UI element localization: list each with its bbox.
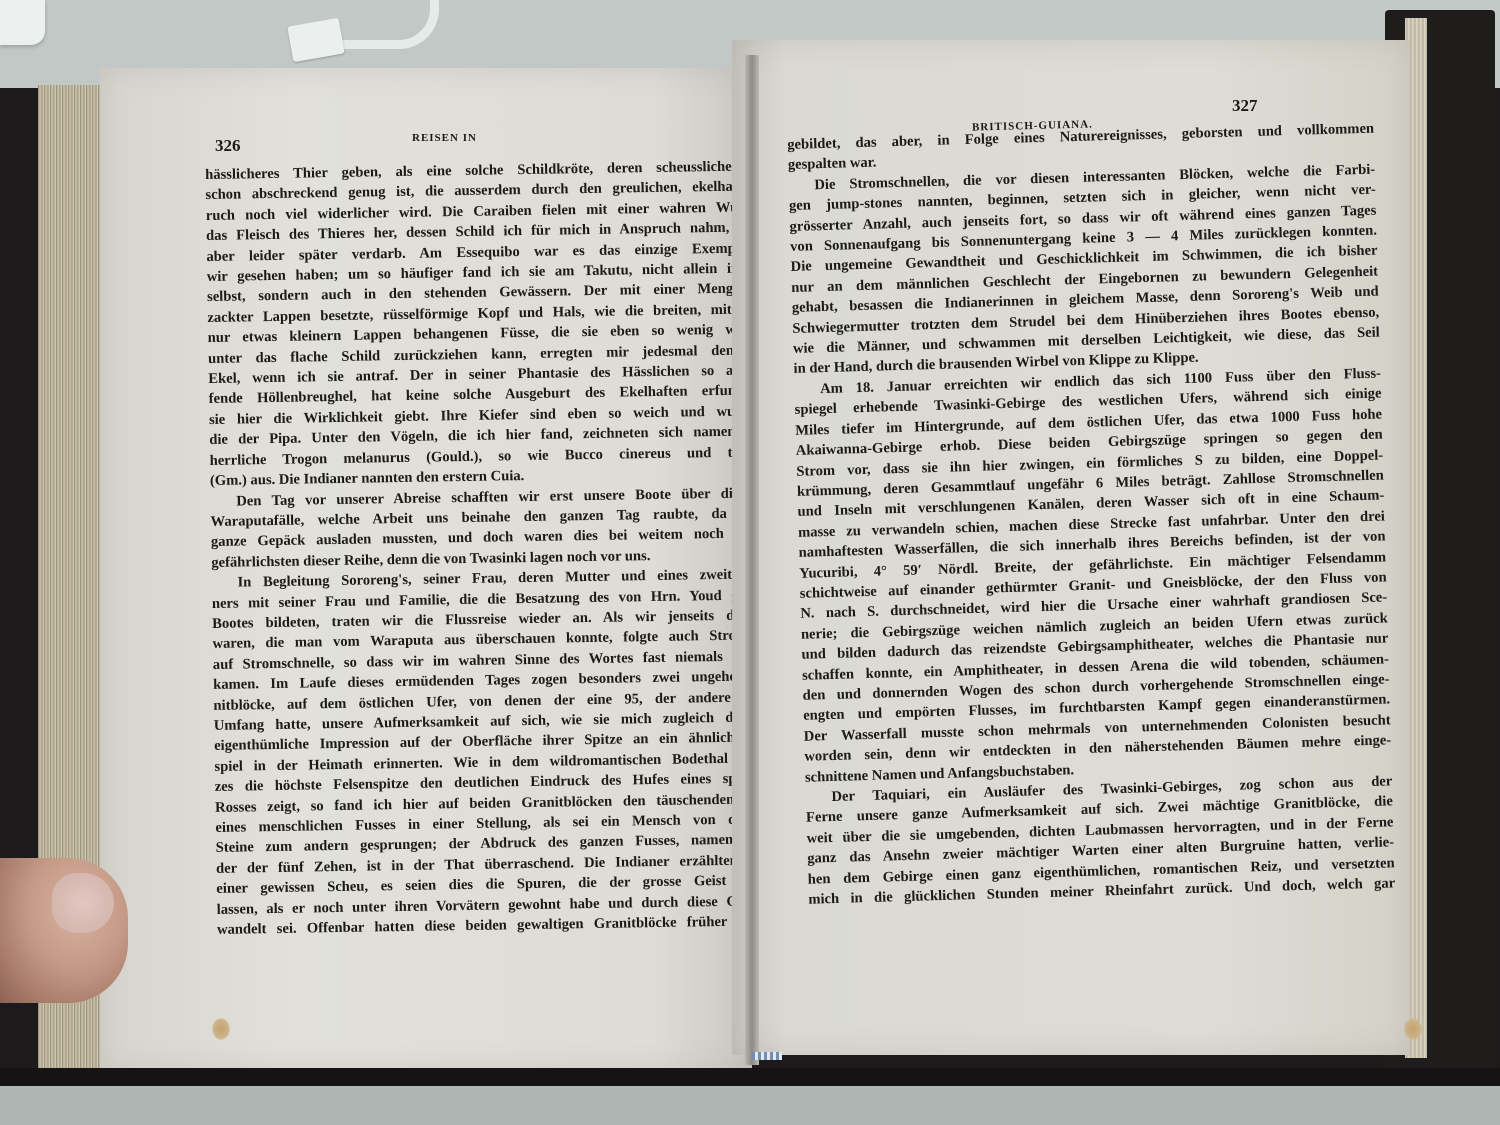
book-bottom-board bbox=[0, 1068, 1500, 1086]
power-adapter bbox=[0, 0, 45, 45]
body-text: gebildet, das aber, in Folge eines Natur… bbox=[787, 119, 1395, 911]
headband bbox=[752, 1052, 782, 1060]
book-gutter bbox=[745, 55, 759, 1065]
body-text: hässlicheres Thier geben, als eine solch… bbox=[205, 156, 802, 941]
thumbnail bbox=[52, 873, 114, 933]
right-page: 327 BRITISCH-GUIANA. gebildet, das aber,… bbox=[732, 40, 1410, 1055]
running-head: REISEN IN bbox=[412, 132, 477, 144]
page-number: 326 bbox=[215, 136, 241, 156]
left-page: 326 REISEN IN hässlicheres Thier geben, … bbox=[100, 68, 752, 1071]
foxing-stain bbox=[1404, 1018, 1422, 1040]
page-number: 327 bbox=[1232, 96, 1258, 116]
foxing-stain bbox=[212, 1018, 230, 1040]
